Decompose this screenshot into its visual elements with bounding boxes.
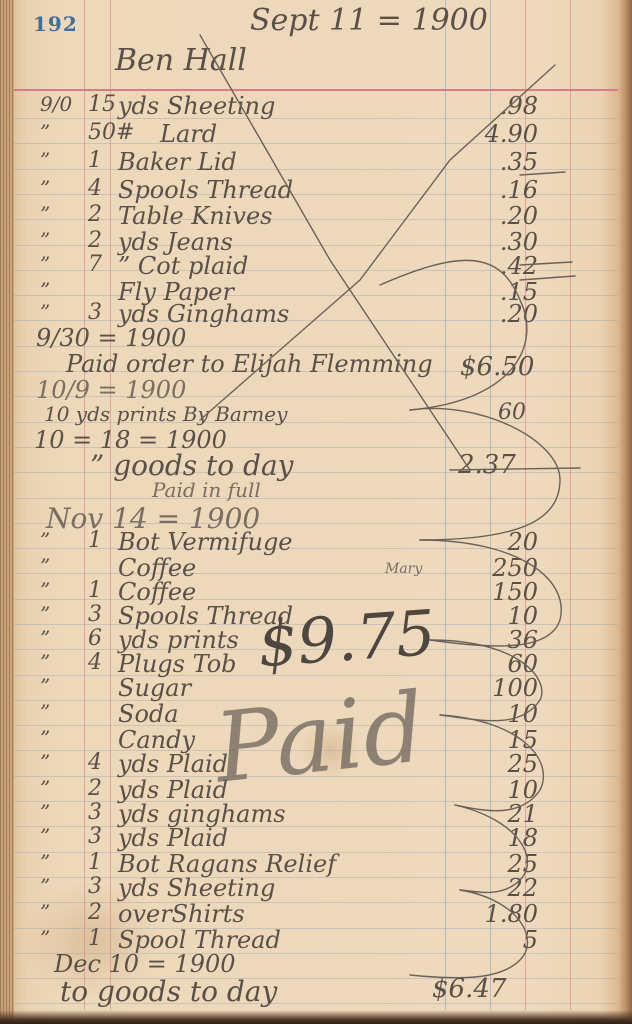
- ledger-page: 192 Sept 11 = 1900 Ben Hall 9/0 15 yds S…: [0, 0, 632, 1024]
- pencil-strokes: [0, 0, 632, 1024]
